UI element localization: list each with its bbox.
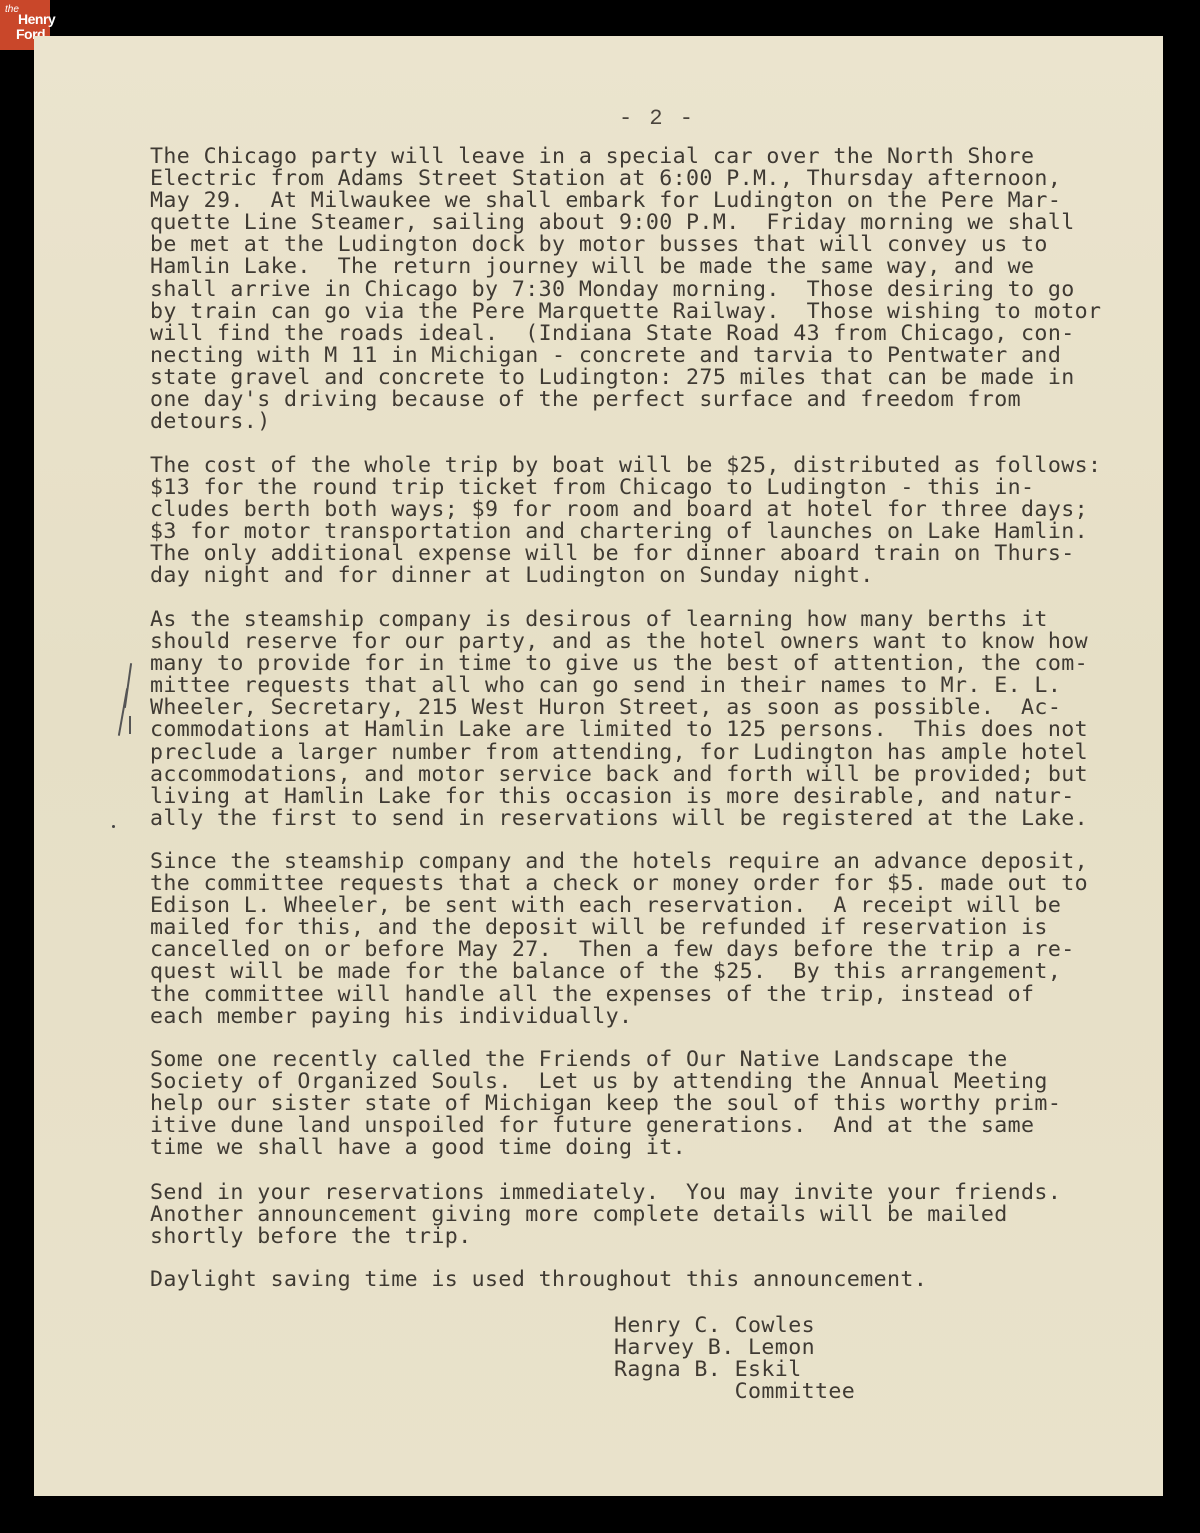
page-number: - 2 - [619, 106, 695, 131]
paragraph-friends: Some one recently called the Friends of … [150, 1049, 1061, 1159]
logo-text-henry: Henry [18, 12, 55, 26]
margin-pencil-mark [118, 688, 128, 736]
paragraph-daylight: Daylight saving time is used throughout … [150, 1269, 927, 1291]
logo-text-the: the [5, 5, 19, 15]
margin-dot [112, 825, 115, 828]
document-page: - 2 - The Chicago party will leave in a … [34, 36, 1163, 1496]
paragraph-reservations: As the steamship company is desirous of … [150, 609, 1088, 830]
paragraph-send: Send in your reservations immediately. Y… [150, 1182, 1061, 1248]
paragraph-travel: The Chicago party will leave in a specia… [150, 146, 1101, 433]
committee-signatures: Henry C. Cowles Harvey B. Lemon Ragna B.… [614, 1315, 855, 1403]
paragraph-cost: The cost of the whole trip by boat will … [150, 455, 1101, 588]
margin-pencil-mark [129, 716, 131, 734]
paragraph-deposit: Since the steamship company and the hote… [150, 851, 1088, 1028]
